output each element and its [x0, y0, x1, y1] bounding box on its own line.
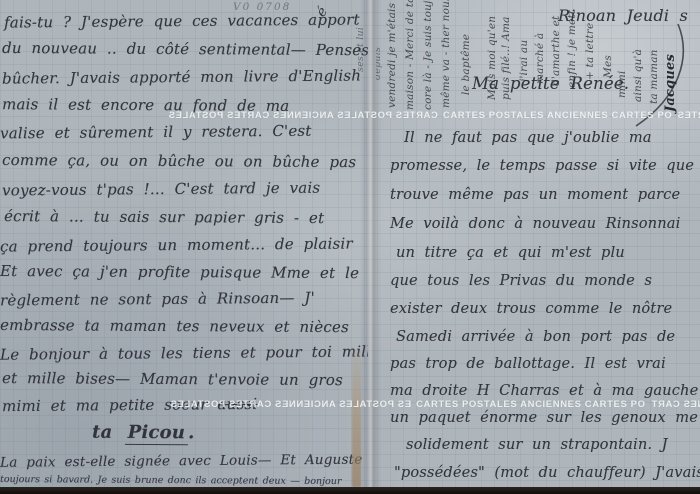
struck-word: aussi — [217, 395, 257, 413]
letter-scan: V0 0708 fais-tu ? J'espère que ces vacan… — [0, 0, 700, 494]
handwritten-line: bûcher. J'avais apporté mon livre d'Engl… — [2, 66, 361, 87]
handwritten-line: écrit à ... tu sais sur papier gris - et — [4, 207, 324, 227]
postscript-line: La paix est-elle signée avec Louis— Et A… — [0, 451, 368, 470]
cross-writing-note: puis filé..! Ama — [500, 16, 512, 100]
handwritten-line: un paquet énorme sur les genoux me — [390, 410, 698, 426]
handwritten-line: "possédées" (mot du chauffeur) J'avais — [394, 465, 700, 481]
handwritten-line: Le bonjour à tous les tiens et pour toi … — [0, 342, 368, 363]
page-right: Rinoan Jeudi s Ma petite Renée. Il ne fa… — [376, 0, 700, 494]
handwritten-line: trouve même pas un moment parce — [390, 187, 680, 203]
cross-writing-note: même va - ther nous étions — [440, 0, 452, 108]
scan-edge-bar — [0, 487, 700, 494]
pen-flourish — [612, 18, 700, 133]
cross-writing-note: vendredi je m'étais p — [386, 0, 398, 108]
handwritten-line: règlement ne sont pas à Rinsoan— J' — [0, 289, 315, 310]
reference-number: V0 0708 — [233, 1, 291, 13]
handwritten-line: exister deux trous comme le nôtre — [390, 301, 672, 317]
handwritten-line: solidement sur un strapontain. J — [406, 437, 668, 453]
line-text: mimi et ma petite soeur — [2, 395, 218, 415]
handwritten-line: pas trop de ballottage. Il est vrai — [390, 356, 666, 372]
handwritten-line: un titre ça et qui m'est plu — [396, 245, 625, 261]
postscript-line-small: toujours si bavard. Je suis brune donc i… — [0, 474, 341, 487]
handwritten-line: mimi et ma petite soeur aussi — [2, 395, 257, 415]
handwritten-line: et mille bises— Maman t'envoie un gros — [2, 369, 343, 389]
handwritten-line: Me voilà donc à nouveau Rinsonnai — [390, 216, 680, 232]
handwritten-line: Et avec ça j'en profite puisque Mme et l… — [0, 262, 359, 282]
fold-margin-note: ses et lui — [355, 27, 366, 72]
signature-suffix: . — [188, 422, 195, 443]
handwritten-line: ma droite H Charras et à ma gauche — [390, 383, 698, 399]
handwritten-line: du nouveau .. du côté sentimental— Pense… — [2, 39, 368, 59]
handwritten-line: embrasse ta maman tes neveux et nièces — [0, 316, 349, 336]
signature-prefix: ta — [92, 422, 113, 443]
handwritten-line: ça prend toujours un moment... de plaisi… — [0, 234, 353, 255]
handwritten-line: comme ça, ou on bûche ou on bûche pas — [2, 151, 356, 171]
cross-writing-note: core là - Je suis toujours — [422, 0, 434, 110]
cross-writing-note: marché à — [534, 33, 546, 84]
handwritten-line: que tous les Privas du monde s — [390, 273, 652, 289]
handwritten-line: promesse, le temps passe si vite que — [390, 158, 694, 174]
signature-name: Picou — [125, 422, 189, 445]
cross-writing-note: d'amarthe et — [550, 16, 562, 86]
handwritten-line: Samedi arrivée à bon port pas de — [396, 329, 675, 345]
cross-writing-note: enfin ! je mett — [566, 10, 578, 88]
handwritten-line: fais-tu ? J'espère que ces vacances appo… — [4, 10, 360, 31]
cross-writing-note: le baptême — [460, 34, 472, 95]
handwritten-line: valise et sûrement il y restera. C'est — [0, 122, 312, 143]
signature-line: ta Picou. — [92, 422, 195, 444]
page-left: fais-tu ? J'espère que ces vacances appo… — [0, 0, 368, 494]
handwritten-line: mais il est encore au fond de ma — [2, 95, 289, 115]
cross-writing-note: j'irai au — [518, 40, 530, 82]
handwritten-line: voyez-vous t'pas !... C'est tard je vais — [2, 179, 320, 200]
cross-writing-note: depuis — [376, 47, 383, 80]
cross-writing-note: + ta lettre — [584, 23, 596, 80]
cross-writing-note: Mais moi qu'en — [486, 16, 498, 100]
cross-writing-note: maison - Merci de ta lettre — [404, 0, 416, 110]
